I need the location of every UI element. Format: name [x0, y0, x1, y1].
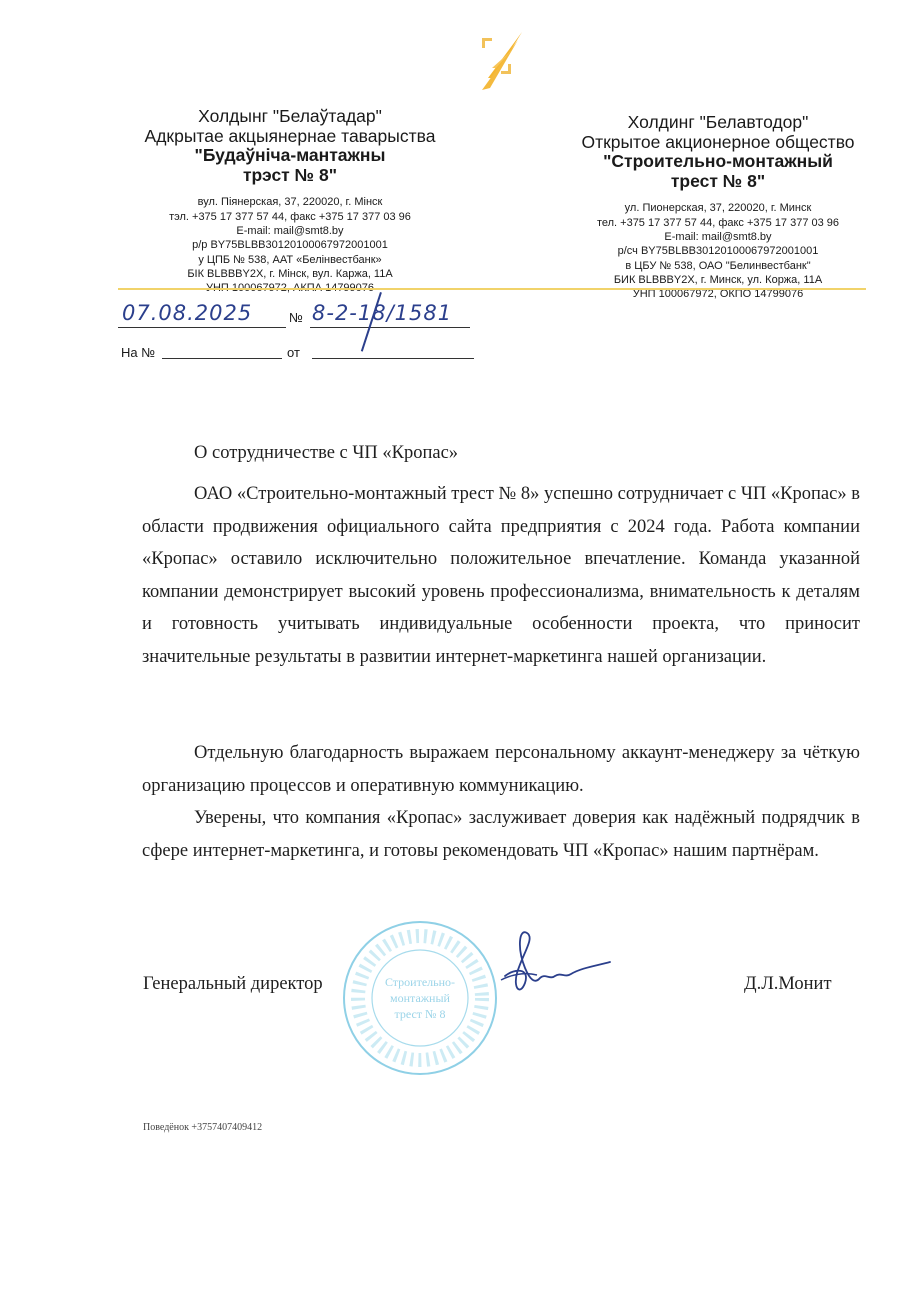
company-stamp: Строительно- монтажный трест № 8 — [340, 918, 500, 1078]
letter-paragraph-2: Отдельную благодарность выражаем персона… — [142, 737, 860, 802]
bank-by: у ЦПБ № 538, ААТ «Белінвестбанк» — [110, 253, 470, 267]
company-logo — [468, 28, 532, 92]
company-name-by-2: трэст № 8" — [110, 166, 470, 186]
stamp-seal-icon: Строительно- монтажный трест № 8 — [340, 918, 500, 1078]
outgoing-date-field: 07.08.2025 — [118, 303, 286, 328]
reply-number-line — [162, 358, 282, 359]
signatory-title: Генеральный директор — [143, 968, 323, 1001]
phone-by: тэл. +375 17 377 57 44, факс +375 17 377… — [110, 210, 470, 224]
svg-text:трест № 8: трест № 8 — [394, 1007, 445, 1021]
phone-ru: тел. +375 17 377 57 44, факс +375 17 377… — [548, 216, 888, 230]
bic-ru: БИК BLBBBY2X, г. Минск, ул. Коржа, 11А — [548, 273, 888, 287]
letterhead-right: Холдинг "Белавтодор" Открытое акционерно… — [548, 113, 888, 301]
executor-contact: Поведёнок +3757407409412 — [143, 1122, 262, 1133]
company-type-ru: Открытое акционерное общество — [548, 133, 888, 153]
email-by: E-mail: mail@smt8.by — [110, 224, 470, 238]
paragraph-text: ОАО «Строительно-монтажный трест № 8» ус… — [142, 478, 860, 673]
account-ru: р/сч BY75BLBB30120100067972001001 — [548, 244, 888, 258]
outgoing-number-label: № — [289, 310, 303, 325]
company-name-ru-2: трест № 8" — [548, 172, 888, 192]
letter-subject: О сотрудничестве с ЧП «Кропас» — [194, 437, 458, 470]
holding-name-by: Холдынг "Белаўтадар" — [110, 107, 470, 127]
handwritten-signature — [495, 928, 615, 1003]
svg-text:монтажный: монтажный — [390, 991, 451, 1005]
reply-number-label: На № — [121, 345, 155, 360]
svg-text:Строительно-: Строительно- — [385, 975, 455, 989]
bic-by: БІК BLBBBY2X, г. Мінск, вул. Каржа, 11А — [110, 267, 470, 281]
account-by: р/р BY75BLBB30120100067972001001 — [110, 238, 470, 252]
bank-ru: в ЦБУ № 538, ОАО "Белинвестбанк" — [548, 259, 888, 273]
address-by: вул. Піянерская, 37, 220020, г. Мінск — [110, 195, 470, 209]
signatory-name: Д.Л.Монит — [744, 968, 832, 1001]
letterhead-left: Холдынг "Белаўтадар" Адкрытае акцыянерна… — [110, 107, 470, 295]
paragraph-text: Отдельную благодарность выражаем персона… — [142, 737, 860, 802]
company-name-ru-1: "Строительно-монтажный — [548, 152, 888, 172]
reply-from-line — [312, 358, 474, 359]
signature-scribble-icon — [495, 928, 615, 1003]
letter-paragraph-3: Уверены, что компания «Кропас» заслужива… — [142, 802, 860, 867]
outgoing-number-field: 8-2-18/1581 — [310, 303, 470, 328]
header-separator — [118, 288, 866, 290]
reply-from-label: от — [287, 345, 300, 360]
paragraph-text: Уверены, что компания «Кропас» заслужива… — [142, 802, 860, 867]
letter-paragraph-1: ОАО «Строительно-монтажный трест № 8» ус… — [142, 478, 860, 673]
company-name-by-1: "Будаўніча-мантажны — [110, 146, 470, 166]
holding-name-ru: Холдинг "Белавтодор" — [548, 113, 888, 133]
outgoing-date: 07.08.2025 — [122, 301, 252, 325]
logo-bolt-icon — [468, 28, 532, 92]
outgoing-number: 8-2-18/1581 — [312, 301, 452, 325]
email-ru: E-mail: mail@smt8.by — [548, 230, 888, 244]
address-ru: ул. Пионерская, 37, 220020, г. Минск — [548, 201, 888, 215]
company-type-by: Адкрытае акцыянернае таварыства — [110, 127, 470, 147]
